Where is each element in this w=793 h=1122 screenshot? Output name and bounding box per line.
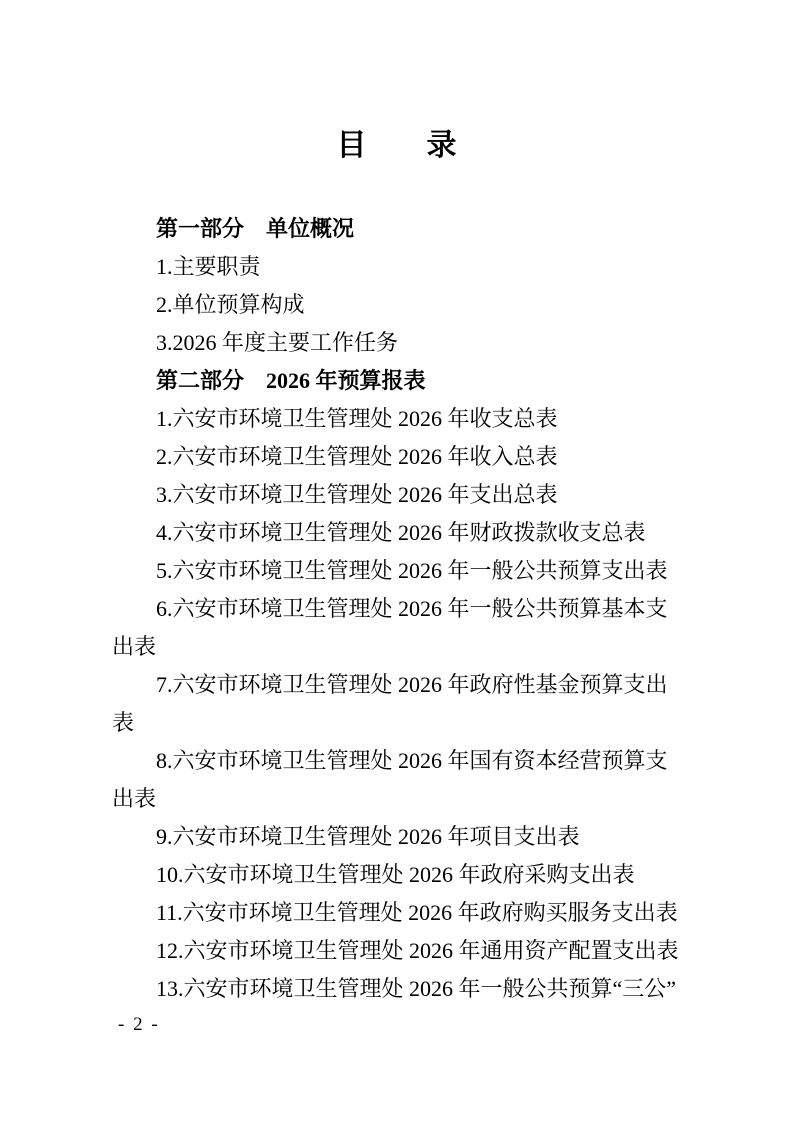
toc-entry: 第二部分 2026 年预算报表 xyxy=(112,362,681,400)
toc-entry: 9.六安市环境卫生管理处 2026 年项目支出表 xyxy=(112,818,681,856)
toc-entry: 8.六安市环境卫生管理处 2026 年国有资本经营预算支 出表 xyxy=(112,742,681,818)
toc-entry: 7.六安市环境卫生管理处 2026 年政府性基金预算支出 表 xyxy=(112,666,681,742)
toc-entry: 3.六安市环境卫生管理处 2026 年支出总表 xyxy=(112,476,681,514)
toc-entry: 第一部分 单位概况 xyxy=(112,210,681,248)
toc-entry: 3.2026 年度主要工作任务 xyxy=(112,324,681,362)
toc-entry: 5.六安市环境卫生管理处 2026 年一般公共预算支出表 xyxy=(112,552,681,590)
toc-entry: 2.单位预算构成 xyxy=(112,286,681,324)
toc-entry: 1.主要职责 xyxy=(112,248,681,286)
toc-list: 第一部分 单位概况1.主要职责2.单位预算构成3.2026 年度主要工作任务第二… xyxy=(112,210,681,1008)
page-title: 目 录 xyxy=(112,128,681,164)
toc-entry: 13.六安市环境卫生管理处 2026 年一般公共预算“三公” xyxy=(112,970,681,1008)
toc-entry: 12.六安市环境卫生管理处 2026 年通用资产配置支出表 xyxy=(112,932,681,970)
toc-entry: 10.六安市环境卫生管理处 2026 年政府采购支出表 xyxy=(112,856,681,894)
toc-entry: 2.六安市环境卫生管理处 2026 年收入总表 xyxy=(112,438,681,476)
toc-entry: 6.六安市环境卫生管理处 2026 年一般公共预算基本支 出表 xyxy=(112,590,681,666)
toc-entry: 11.六安市环境卫生管理处 2026 年政府购买服务支出表 xyxy=(112,894,681,932)
toc-entry: 1.六安市环境卫生管理处 2026 年收支总表 xyxy=(112,400,681,438)
page-number: - 2 - xyxy=(118,1013,160,1037)
document-page: 目 录 第一部分 单位概况1.主要职责2.单位预算构成3.2026 年度主要工作… xyxy=(0,0,793,1122)
toc-entry: 4.六安市环境卫生管理处 2026 年财政拨款收支总表 xyxy=(112,514,681,552)
page-content: 目 录 第一部分 单位概况1.主要职责2.单位预算构成3.2026 年度主要工作… xyxy=(0,0,793,1008)
